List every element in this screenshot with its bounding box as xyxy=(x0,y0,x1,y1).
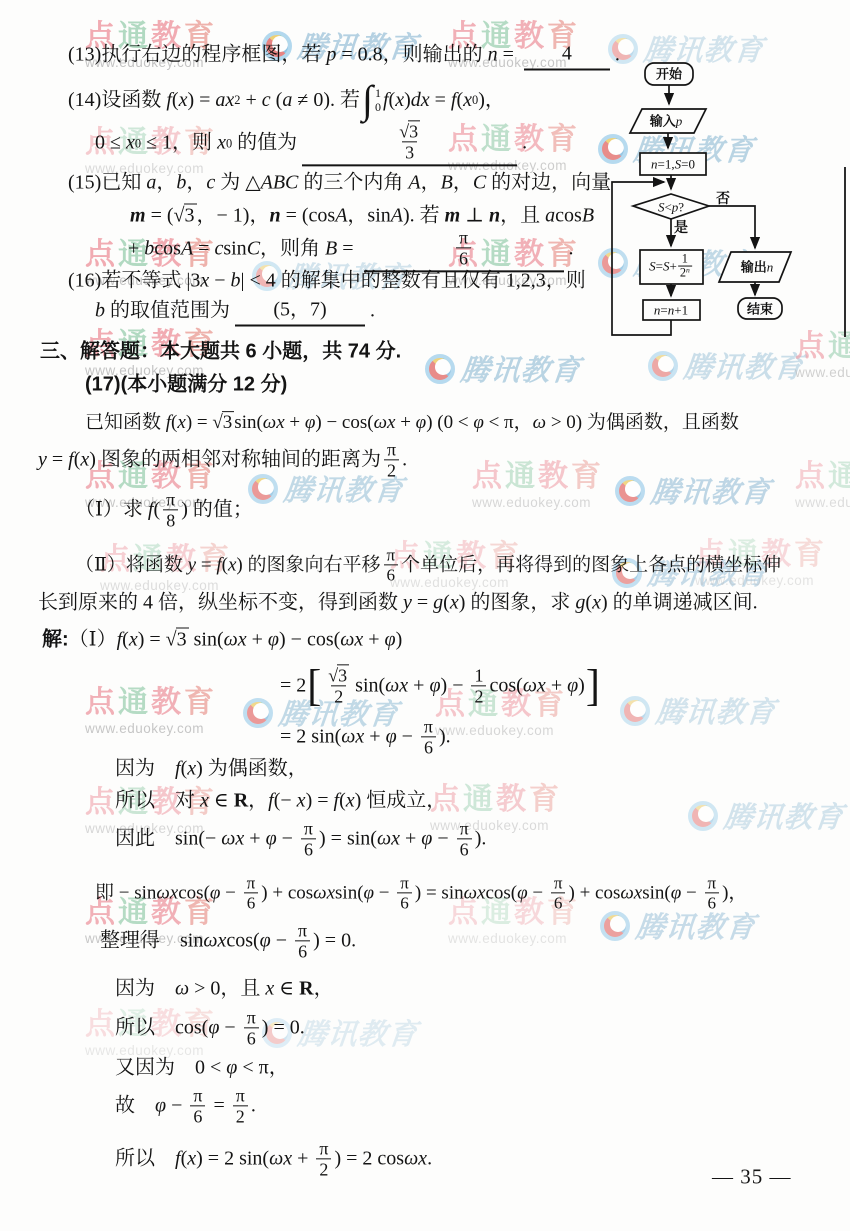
text: ωx xyxy=(341,726,364,748)
text: 6 xyxy=(247,1029,256,1049)
denominator: 6 xyxy=(295,941,310,962)
math-var: φ xyxy=(421,827,432,852)
text: 3 xyxy=(338,665,347,685)
text: 所以 cos( xyxy=(115,1016,208,1041)
text: x xyxy=(80,449,89,471)
flowchart-cn-text: 开始 xyxy=(656,68,682,81)
text: π xyxy=(387,439,396,459)
text: φ xyxy=(416,412,427,433)
text: 已知函数 xyxy=(85,411,166,435)
heading-text: 解: xyxy=(42,628,69,653)
question-14-line2: 0 ≤ x0 ≤ 1，则 x0 的值为√33. xyxy=(95,119,527,166)
math-var: x xyxy=(228,553,236,577)
text: ωx xyxy=(340,629,363,651)
text: 解: xyxy=(42,629,69,651)
math-var: y xyxy=(403,591,412,616)
text: p xyxy=(326,44,336,66)
text: ≤ 1，则 xyxy=(141,131,217,156)
text: ) − xyxy=(441,674,469,699)
answer-blank: π6 xyxy=(364,225,564,272)
text: ωx xyxy=(377,828,400,850)
text: < π， xyxy=(484,411,533,435)
text: C xyxy=(473,172,486,194)
text: ) 为偶函数， xyxy=(196,757,308,782)
text: ) 的图象向右平移 xyxy=(236,553,380,577)
text: = xyxy=(193,237,214,262)
text: m xyxy=(130,205,146,227)
math-var: C xyxy=(473,171,486,196)
q17-given-line1: 已知函数 f(x) = √3sin(ωx + φ) − cos(ωx + φ) … xyxy=(85,411,739,435)
text: φ xyxy=(473,412,484,433)
text: c xyxy=(262,89,271,111)
text: a xyxy=(146,172,156,194)
solution-line6: 因此 sin(− ωx + φ − π6) = sin(ωx + φ − π6)… xyxy=(115,818,486,859)
text: （Ⅱ）将函数 xyxy=(75,553,188,577)
solution-line5: 所以 对 x ∈ R，f(− x) = f(x) 恒成立， xyxy=(115,789,446,814)
text: sin( xyxy=(355,674,385,699)
math-var: C xyxy=(247,237,260,262)
text: ，则角 xyxy=(260,237,325,262)
solution-line7: 即 − sinωxcos(φ − π6) + cosωxsin(φ − π6) … xyxy=(95,873,747,912)
text: +1 xyxy=(674,304,688,317)
radicand: 3 xyxy=(408,120,420,141)
text: φ xyxy=(421,828,432,850)
text: 因为 xyxy=(115,977,175,1002)
math-var: φ xyxy=(416,411,427,435)
flowchart-cn-text: 输出 xyxy=(741,261,767,274)
text: + xyxy=(364,725,385,750)
fraction: π6 xyxy=(421,716,436,757)
answer-blank: (5，7) xyxy=(235,296,365,327)
math-var: φ xyxy=(208,1016,219,1041)
math-var: x xyxy=(463,88,472,113)
fraction: π8 xyxy=(163,489,178,530)
text: cos( xyxy=(178,881,210,905)
denominator: 2 xyxy=(316,1159,331,1180)
text: + xyxy=(128,237,144,262)
text: c xyxy=(206,172,215,194)
math-var: φ xyxy=(473,411,484,435)
text: − xyxy=(397,725,418,750)
text: π xyxy=(424,716,433,736)
text: ) 恒成立， xyxy=(355,789,447,814)
math-var: ωx xyxy=(156,881,178,905)
numerator: π xyxy=(190,1085,205,1105)
text: sin( xyxy=(189,628,224,653)
text: ) = 0. xyxy=(262,1016,305,1041)
math-var: g xyxy=(433,591,443,616)
text: ). xyxy=(475,827,487,852)
denominator: 2 xyxy=(471,686,486,707)
math-var: x xyxy=(179,88,188,113)
text: sin( xyxy=(234,411,263,435)
program-flowchart: 开始输入 pn=1, S=0S<p?S=S+12nn=n+1输出 n结束是否 xyxy=(600,55,850,345)
text: ) = 0. xyxy=(313,929,356,954)
text: ω xyxy=(533,412,546,433)
denominator: 2n xyxy=(678,266,692,280)
q17-part2-line1: （Ⅱ）将函数 y = f(x) 的图象向右平移π6个单位后，再将得到的图象上各点… xyxy=(75,545,781,584)
text: x xyxy=(179,89,188,111)
flowchart-label-init: n=1, S=0 xyxy=(651,158,695,171)
text: m xyxy=(445,205,461,227)
denominator: 8 xyxy=(163,510,178,531)
text: ) 的图象，求 xyxy=(459,591,576,616)
math-var: y xyxy=(188,553,196,577)
math-var: ωx xyxy=(620,881,642,905)
text: φ xyxy=(364,882,375,903)
fraction: π6 xyxy=(244,873,259,912)
text: 6 xyxy=(247,894,256,913)
math-var: φ xyxy=(364,881,375,905)
integral: ∫10 xyxy=(362,83,381,117)
text: ωx xyxy=(224,629,247,651)
question-14-line1: (14)设函数 f(x) = ax2 + c (a ≠ 0). 若∫10f(x)… xyxy=(68,83,505,117)
text: ). xyxy=(439,725,451,750)
square-root: √3 xyxy=(328,665,349,685)
text: B xyxy=(325,238,337,260)
text: 6 xyxy=(387,566,396,585)
text: 3 xyxy=(405,143,414,163)
text: y xyxy=(38,449,47,471)
text: 3 xyxy=(177,629,187,651)
math-var: φ xyxy=(260,929,271,954)
text: b xyxy=(231,270,241,292)
text: 6 xyxy=(193,1107,202,1127)
math-var: g xyxy=(575,591,585,616)
denominator: 6 xyxy=(421,737,436,758)
math-var: x xyxy=(177,411,185,435)
text: + xyxy=(670,260,677,273)
solution-line3: = 2 sin(ωx + φ − π6). xyxy=(280,716,451,757)
text: φ xyxy=(266,828,277,850)
radicand: 3 xyxy=(337,664,349,685)
text: cos( xyxy=(485,881,517,905)
math-var: φ xyxy=(567,674,578,699)
fraction: π6 xyxy=(397,873,412,912)
numerator: π xyxy=(301,818,316,838)
fraction: π6 xyxy=(383,545,398,584)
text: (16)若不等式 |3 xyxy=(68,269,200,294)
text: ) − cos( xyxy=(315,411,373,435)
bold-text: R xyxy=(234,789,248,814)
text: 输入 xyxy=(650,114,676,129)
numerator: π xyxy=(244,1007,259,1027)
fraction: π6 xyxy=(551,873,566,912)
text: (13)执行右边的程序框图，若 xyxy=(68,43,326,68)
math-var: x xyxy=(297,789,306,814)
math-var: B xyxy=(325,237,337,262)
heading-text: (17)(本小题满分 12 分) xyxy=(85,373,287,398)
math-var: φ xyxy=(268,628,279,653)
text: ∈ xyxy=(209,789,234,814)
section-3-heading: 三、解答题：本大题共 6 小题，共 74 分. xyxy=(40,340,401,365)
text: π xyxy=(236,1085,245,1105)
text: n xyxy=(686,265,690,274)
page-number: — 35 — xyxy=(712,1165,792,1190)
question-15-line3: + bcosA = csinC，则角 B = π6. xyxy=(128,225,574,272)
document-page: 点通教育www.eduokey.com腾讯教育点通教育www.eduokey.c… xyxy=(0,0,850,1231)
math-var: ωx xyxy=(374,411,396,435)
fraction: 12n xyxy=(678,253,692,280)
text: π xyxy=(166,489,175,509)
text: + xyxy=(285,411,305,435)
text: . xyxy=(522,131,527,156)
math-var: x xyxy=(217,131,226,156)
math-var: φ xyxy=(266,827,277,852)
solution-line13: 所以 f(x) = 2 sin(ωx + π2) = 2 cosωx. xyxy=(115,1138,432,1179)
denominator: 6 xyxy=(397,893,412,913)
text: ωx xyxy=(404,1148,427,1170)
text: 2 xyxy=(334,687,343,707)
text: + xyxy=(395,411,415,435)
text: sin xyxy=(223,237,246,262)
text: 1 xyxy=(474,665,483,685)
math-var: φ xyxy=(305,411,316,435)
text: ωx xyxy=(385,675,408,697)
denominator: 6 xyxy=(244,893,259,913)
solution-line4: 因为 f(x) 为偶函数， xyxy=(115,757,308,782)
text: ) xyxy=(578,674,585,699)
text: b xyxy=(176,172,186,194)
math-var: ωx xyxy=(341,725,364,750)
numerator: π xyxy=(383,545,398,564)
scan-artifact-line xyxy=(844,167,846,337)
text: = xyxy=(660,304,667,317)
q17-given-line2: y = f(x) 图象的两相邻对称轴间的距离为π2. xyxy=(38,439,407,480)
numerator: π xyxy=(244,873,259,892)
text: )， xyxy=(722,881,747,905)
math-var: ωx xyxy=(404,1147,427,1172)
text: π xyxy=(247,1007,256,1027)
text: . xyxy=(569,237,574,262)
text: x xyxy=(450,592,459,614)
numerator: π xyxy=(316,1138,331,1158)
text: π xyxy=(193,1085,202,1105)
text: − xyxy=(277,827,298,852)
text: ， xyxy=(156,171,176,196)
text: ) + cos xyxy=(261,881,313,905)
text: =1, xyxy=(658,158,675,171)
text: 4 xyxy=(562,42,572,67)
text: ， xyxy=(314,977,334,1002)
math-var: n xyxy=(488,43,498,68)
text: (5，7) xyxy=(273,298,326,323)
text: | < 4 的解集中的整数有且仅有 1,2,3，则 xyxy=(241,269,586,294)
text: + xyxy=(363,628,384,653)
text: + xyxy=(241,88,262,113)
math-var: ωx xyxy=(224,628,247,653)
text: ， xyxy=(248,789,268,814)
solution-line9: 因为 ω > 0，且 x ∈ R， xyxy=(115,977,334,1002)
math-var: x xyxy=(592,591,601,616)
text: + xyxy=(247,628,268,653)
text: 开始 xyxy=(656,67,682,82)
text: = xyxy=(656,260,663,273)
math-var: dx xyxy=(411,88,430,113)
text: ) xyxy=(404,88,411,113)
text: φ xyxy=(517,882,528,903)
math-var: x xyxy=(450,591,459,616)
text: φ xyxy=(305,412,316,433)
text: ω xyxy=(175,978,189,1000)
text: π xyxy=(400,873,409,892)
text: 3 xyxy=(185,205,195,227)
math-var: x xyxy=(187,1147,196,1172)
text: ， xyxy=(453,171,473,196)
solution-line12: 故 φ − π6 = π2. xyxy=(115,1085,256,1126)
text: 6 xyxy=(459,249,468,269)
text: ( xyxy=(122,628,129,653)
text: x xyxy=(126,132,135,154)
text: 0 ≤ xyxy=(95,131,126,156)
text: + xyxy=(400,827,421,852)
math-var: x xyxy=(346,789,355,814)
text: 输出 xyxy=(741,260,767,275)
text: φ xyxy=(260,930,271,952)
text: c xyxy=(214,238,223,260)
numerator: π xyxy=(456,227,471,247)
math-var: a xyxy=(282,88,292,113)
question-16-line1: (16)若不等式 |3x − b| < 4 的解集中的整数有且仅有 1,2,3，… xyxy=(68,269,586,294)
text: x xyxy=(592,592,601,614)
text: =0 xyxy=(681,158,695,171)
text: . xyxy=(251,1094,256,1119)
text: 的对边，向量 xyxy=(486,171,611,196)
text: ? xyxy=(678,201,684,214)
text: ) xyxy=(396,628,403,653)
text: ωx xyxy=(523,675,546,697)
text: φ xyxy=(429,675,440,697)
text: ax xyxy=(215,89,234,111)
math-var: x xyxy=(200,269,209,294)
text: ， xyxy=(186,171,206,196)
math-var: p xyxy=(676,115,683,128)
flowchart-label-inc: n=n+1 xyxy=(654,304,688,317)
text: ) = 2 cos xyxy=(334,1147,404,1172)
numerator: π xyxy=(457,818,472,838)
numerator: √3 xyxy=(396,121,423,141)
math-var: ωx xyxy=(263,411,285,435)
math-var: φ xyxy=(385,628,396,653)
text: ωx xyxy=(374,412,396,433)
text: 因此 sin(− xyxy=(115,827,221,852)
math-var: ax xyxy=(215,88,234,113)
text: = xyxy=(412,591,433,616)
question-17-heading: (17)(本小题满分 12 分) xyxy=(85,373,287,398)
math-var: φ xyxy=(226,1056,237,1081)
math-var: ω xyxy=(175,977,189,1002)
numerator: π xyxy=(421,716,436,736)
math-var: ωx xyxy=(203,929,226,954)
math-var: n xyxy=(686,265,690,274)
text: π xyxy=(319,1138,328,1158)
flowchart-label-end: 结束 xyxy=(747,303,773,316)
text: (− xyxy=(274,789,297,814)
text: ) = xyxy=(186,411,213,435)
text: . xyxy=(370,299,375,324)
text: ωx xyxy=(269,1148,292,1170)
math-var: x xyxy=(126,131,135,156)
text: φ xyxy=(155,1095,166,1117)
denominator: 6 xyxy=(705,893,720,913)
denominator: 6 xyxy=(301,839,316,860)
text: 的值为 xyxy=(232,131,297,156)
q17-part1: （Ⅰ）求 f(π8) 的值； xyxy=(75,489,253,530)
fraction: π2 xyxy=(233,1085,248,1126)
text: + xyxy=(244,827,265,852)
text: ) 的值； xyxy=(181,498,253,523)
math-var: ωx xyxy=(313,881,335,905)
text: < xyxy=(664,201,671,214)
numerator: √3 xyxy=(325,665,352,685)
text: 又因为 0 < xyxy=(115,1056,226,1081)
text: ( xyxy=(172,88,179,113)
text: 6 xyxy=(424,738,433,758)
text: − xyxy=(220,881,240,905)
text: 1 xyxy=(682,252,688,266)
text: ∈ xyxy=(274,977,299,1002)
text: π xyxy=(298,920,307,940)
flowchart-label-input: 输入 p xyxy=(650,115,683,128)
flowchart-cn-text: 结束 xyxy=(747,303,773,316)
text: = xyxy=(47,448,68,473)
text: π xyxy=(386,545,395,564)
text: 6 xyxy=(460,840,469,860)
text: p xyxy=(676,114,683,129)
math-var: ωx xyxy=(377,827,400,852)
question-16-line2: b 的取值范围为(5，7). xyxy=(95,296,375,327)
integral-limits: 10 xyxy=(373,87,381,113)
math-var: c xyxy=(262,88,271,113)
text: B xyxy=(582,205,594,227)
text: ( xyxy=(271,88,283,113)
text: ωx xyxy=(203,930,226,952)
text: R xyxy=(234,790,248,812)
text: = xyxy=(208,1094,229,1119)
math-var: b xyxy=(95,299,105,324)
math-var: c xyxy=(206,171,215,196)
text: ) 图象的两相邻对称轴间的距离为 xyxy=(89,448,381,473)
math-var: x xyxy=(129,628,138,653)
numerator: π xyxy=(551,873,566,892)
text: > 0) 为偶函数，且函数 xyxy=(546,411,739,435)
solution-line8: 整理得 sinωxcos(φ − π6) = 0. xyxy=(100,920,356,961)
text: ) = sin xyxy=(415,881,464,905)
text: x xyxy=(395,89,404,111)
text: x xyxy=(265,978,274,1000)
text: 8 xyxy=(166,511,175,531)
fraction: √33 xyxy=(396,121,423,162)
denominator: 2 xyxy=(331,686,346,707)
text: − xyxy=(209,269,230,294)
text: ) = sin( xyxy=(319,827,377,852)
text: + xyxy=(292,1147,313,1172)
text: 结束 xyxy=(747,302,773,317)
text: 2 xyxy=(474,687,483,707)
square-root: √3 xyxy=(399,121,420,141)
text: 所以 xyxy=(115,1147,175,1172)
text: x xyxy=(217,132,226,154)
math-var: ωx xyxy=(385,674,408,699)
text: = xyxy=(498,43,519,68)
text: 即 − sin xyxy=(95,881,156,905)
text: ) (0 < xyxy=(426,411,473,435)
text: π xyxy=(247,873,256,892)
fraction: π6 xyxy=(457,818,472,859)
math-var: ABC xyxy=(261,171,299,196)
fraction: √32 xyxy=(325,665,352,706)
text: sin( xyxy=(642,881,671,905)
